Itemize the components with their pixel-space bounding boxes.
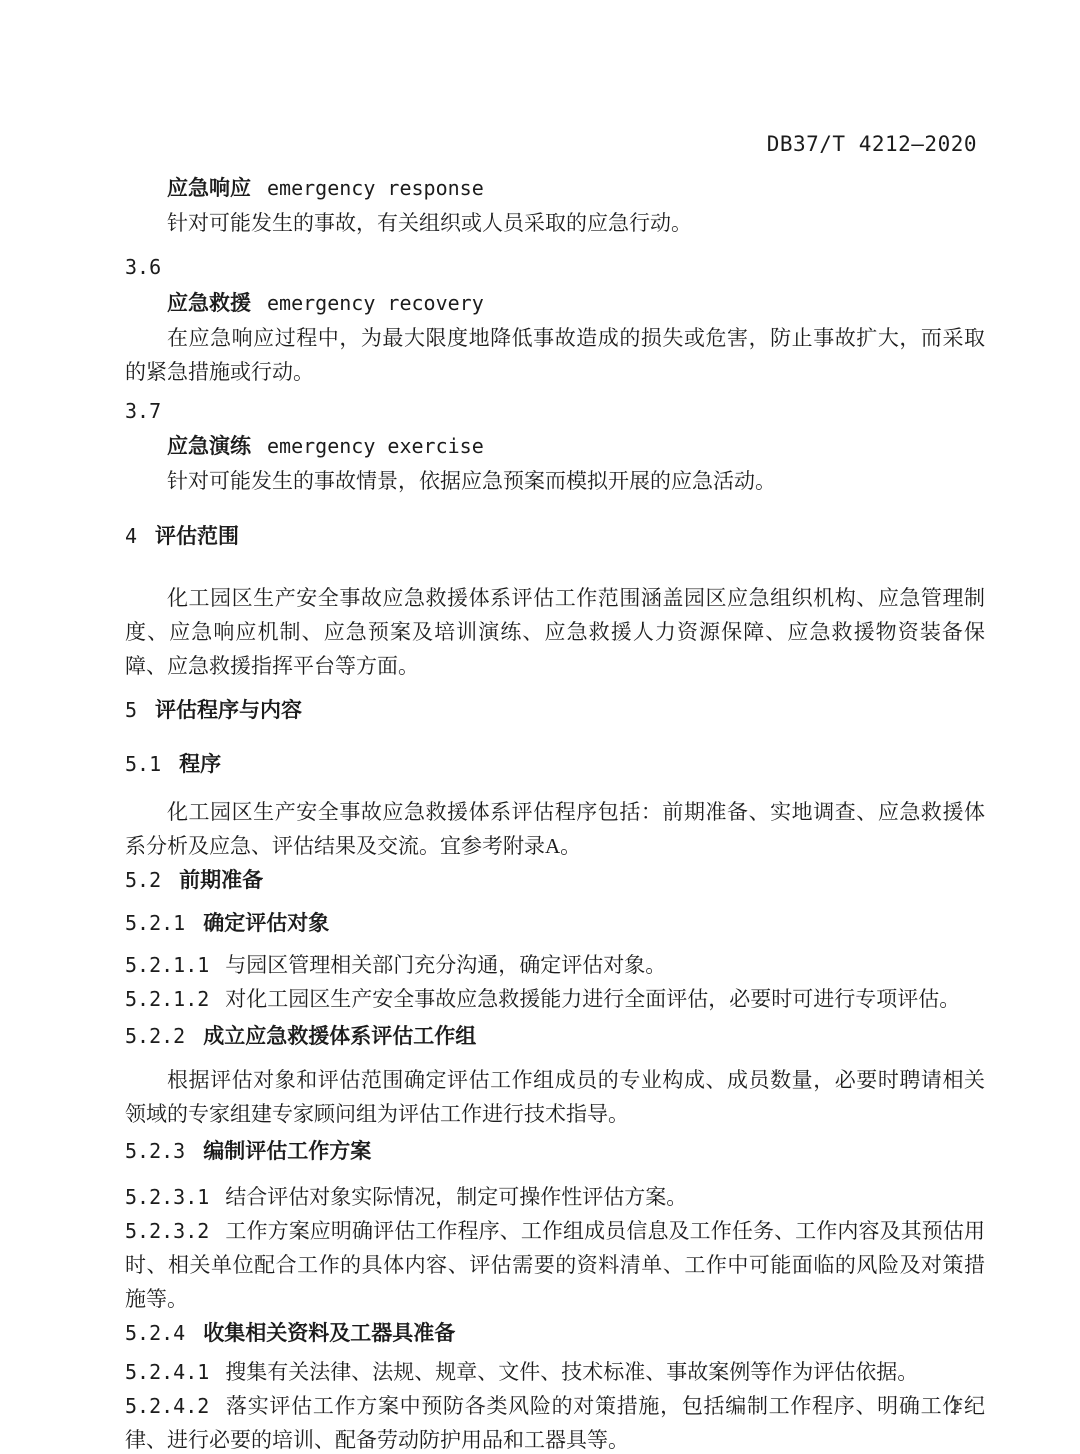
section-5-2-3-heading: 5.2.3编制评估工作方案 [125, 1134, 985, 1169]
numbered-item: 5.2.4.2落实评估工作方案中预防各类风险的对策措施，包括编制工作程序、明确工… [125, 1389, 985, 1454]
numbered-item: 5.2.1.1与园区管理相关部门充分沟通，确定评估对象。 [125, 948, 985, 982]
term-zh: 应急响应 [167, 177, 251, 200]
section-number: 5.2.4 [125, 1321, 185, 1345]
section-4-body: 化工园区生产安全事故应急救援体系评估工作范围涵盖园区应急组织机构、应急管理制度、… [125, 581, 985, 683]
item-text: 搜集有关法律、法规、规章、文件、技术标准、事故案例等作为评估依据。 [225, 1360, 918, 1384]
section-title: 前期准备 [179, 869, 263, 892]
item-number: 5.2.3.2 [125, 1219, 209, 1243]
clause-number-3-6: 3.6 [125, 250, 985, 284]
section-title: 编制评估工作方案 [203, 1140, 371, 1163]
section-5-2-heading: 5.2前期准备 [125, 863, 985, 898]
section-title: 程序 [179, 753, 221, 776]
term-definition: 针对可能发生的事故情景，依据应急预案而模拟开展的应急活动。 [125, 464, 985, 498]
section-title: 成立应急救援体系评估工作组 [203, 1025, 476, 1048]
item-text: 工作方案应明确评估工作程序、工作组成员信息及工作任务、工作内容及其预估用时、相关… [125, 1219, 985, 1311]
section-4-heading: 4评估范围 [125, 519, 985, 554]
numbered-item: 5.2.3.2工作方案应明确评估工作程序、工作组成员信息及工作任务、工作内容及其… [125, 1214, 985, 1316]
section-5-1-body: 化工园区生产安全事故应急救援体系评估程序包括：前期准备、实地调查、应急救援体系分… [125, 795, 985, 863]
section-5-2-1-heading: 5.2.1确定评估对象 [125, 906, 985, 941]
section-title: 确定评估对象 [203, 912, 329, 935]
numbered-item: 5.2.4.1搜集有关法律、法规、规章、文件、技术标准、事故案例等作为评估依据。 [125, 1355, 985, 1389]
term-en: emergency recovery [267, 291, 484, 315]
item-text: 与园区管理相关部门充分沟通，确定评估对象。 [225, 953, 666, 977]
document-page: DB37/T 4212—2020 应急响应emergency response … [0, 0, 1080, 1454]
section-number: 5 [125, 698, 137, 722]
document-content: 应急响应emergency response 针对可能发生的事故，有关组织或人员… [125, 0, 985, 1454]
section-5-heading: 5评估程序与内容 [125, 693, 985, 728]
item-text: 对化工园区生产安全事故应急救援能力进行全面评估，必要时可进行专项评估。 [225, 987, 960, 1011]
numbered-item: 5.2.3.1结合评估对象实际情况，制定可操作性评估方案。 [125, 1180, 985, 1214]
clause-number-3-7: 3.7 [125, 394, 985, 428]
term-entry: 应急演练emergency exercise [125, 429, 985, 464]
term-en: emergency exercise [267, 434, 484, 458]
term-en: emergency response [267, 176, 484, 200]
item-number: 5.2.4.1 [125, 1360, 209, 1384]
item-number: 5.2.4.2 [125, 1394, 209, 1418]
item-number: 5.2.1.1 [125, 953, 209, 977]
term-entry: 应急救援emergency recovery [125, 286, 985, 321]
section-number: 5.2 [125, 868, 161, 892]
section-number: 5.1 [125, 752, 161, 776]
section-5-2-2-heading: 5.2.2成立应急救援体系评估工作组 [125, 1019, 985, 1054]
section-5-1-heading: 5.1程序 [125, 747, 985, 782]
term-zh: 应急救援 [167, 292, 251, 315]
item-text: 落实评估工作方案中预防各类风险的对策措施，包括编制工作程序、明确工作纪律、进行必… [125, 1394, 985, 1452]
term-zh: 应急演练 [167, 435, 251, 458]
item-text: 结合评估对象实际情况，制定可操作性评估方案。 [225, 1185, 687, 1209]
item-number: 5.2.3.1 [125, 1185, 209, 1209]
section-number: 5.2.3 [125, 1139, 185, 1163]
term-definition: 针对可能发生的事故，有关组织或人员采取的应急行动。 [125, 206, 985, 240]
page-number: 2 [950, 1390, 960, 1424]
section-title: 评估范围 [155, 525, 239, 548]
section-5-2-4-heading: 5.2.4收集相关资料及工器具准备 [125, 1316, 985, 1351]
section-number: 5.2.1 [125, 911, 185, 935]
item-number: 5.2.1.2 [125, 987, 209, 1011]
term-definition: 在应急响应过程中，为最大限度地降低事故造成的损失或危害，防止事故扩大，而采取的紧… [125, 321, 985, 389]
section-title: 收集相关资料及工器具准备 [203, 1322, 455, 1345]
section-number: 4 [125, 524, 137, 548]
section-5-2-2-body: 根据评估对象和评估范围确定评估工作组成员的专业构成、成员数量，必要时聘请相关领域… [125, 1063, 985, 1131]
section-number: 5.2.2 [125, 1024, 185, 1048]
section-title: 评估程序与内容 [155, 699, 302, 722]
term-entry: 应急响应emergency response [125, 171, 985, 206]
numbered-item: 5.2.1.2对化工园区生产安全事故应急救援能力进行全面评估，必要时可进行专项评… [125, 982, 985, 1016]
